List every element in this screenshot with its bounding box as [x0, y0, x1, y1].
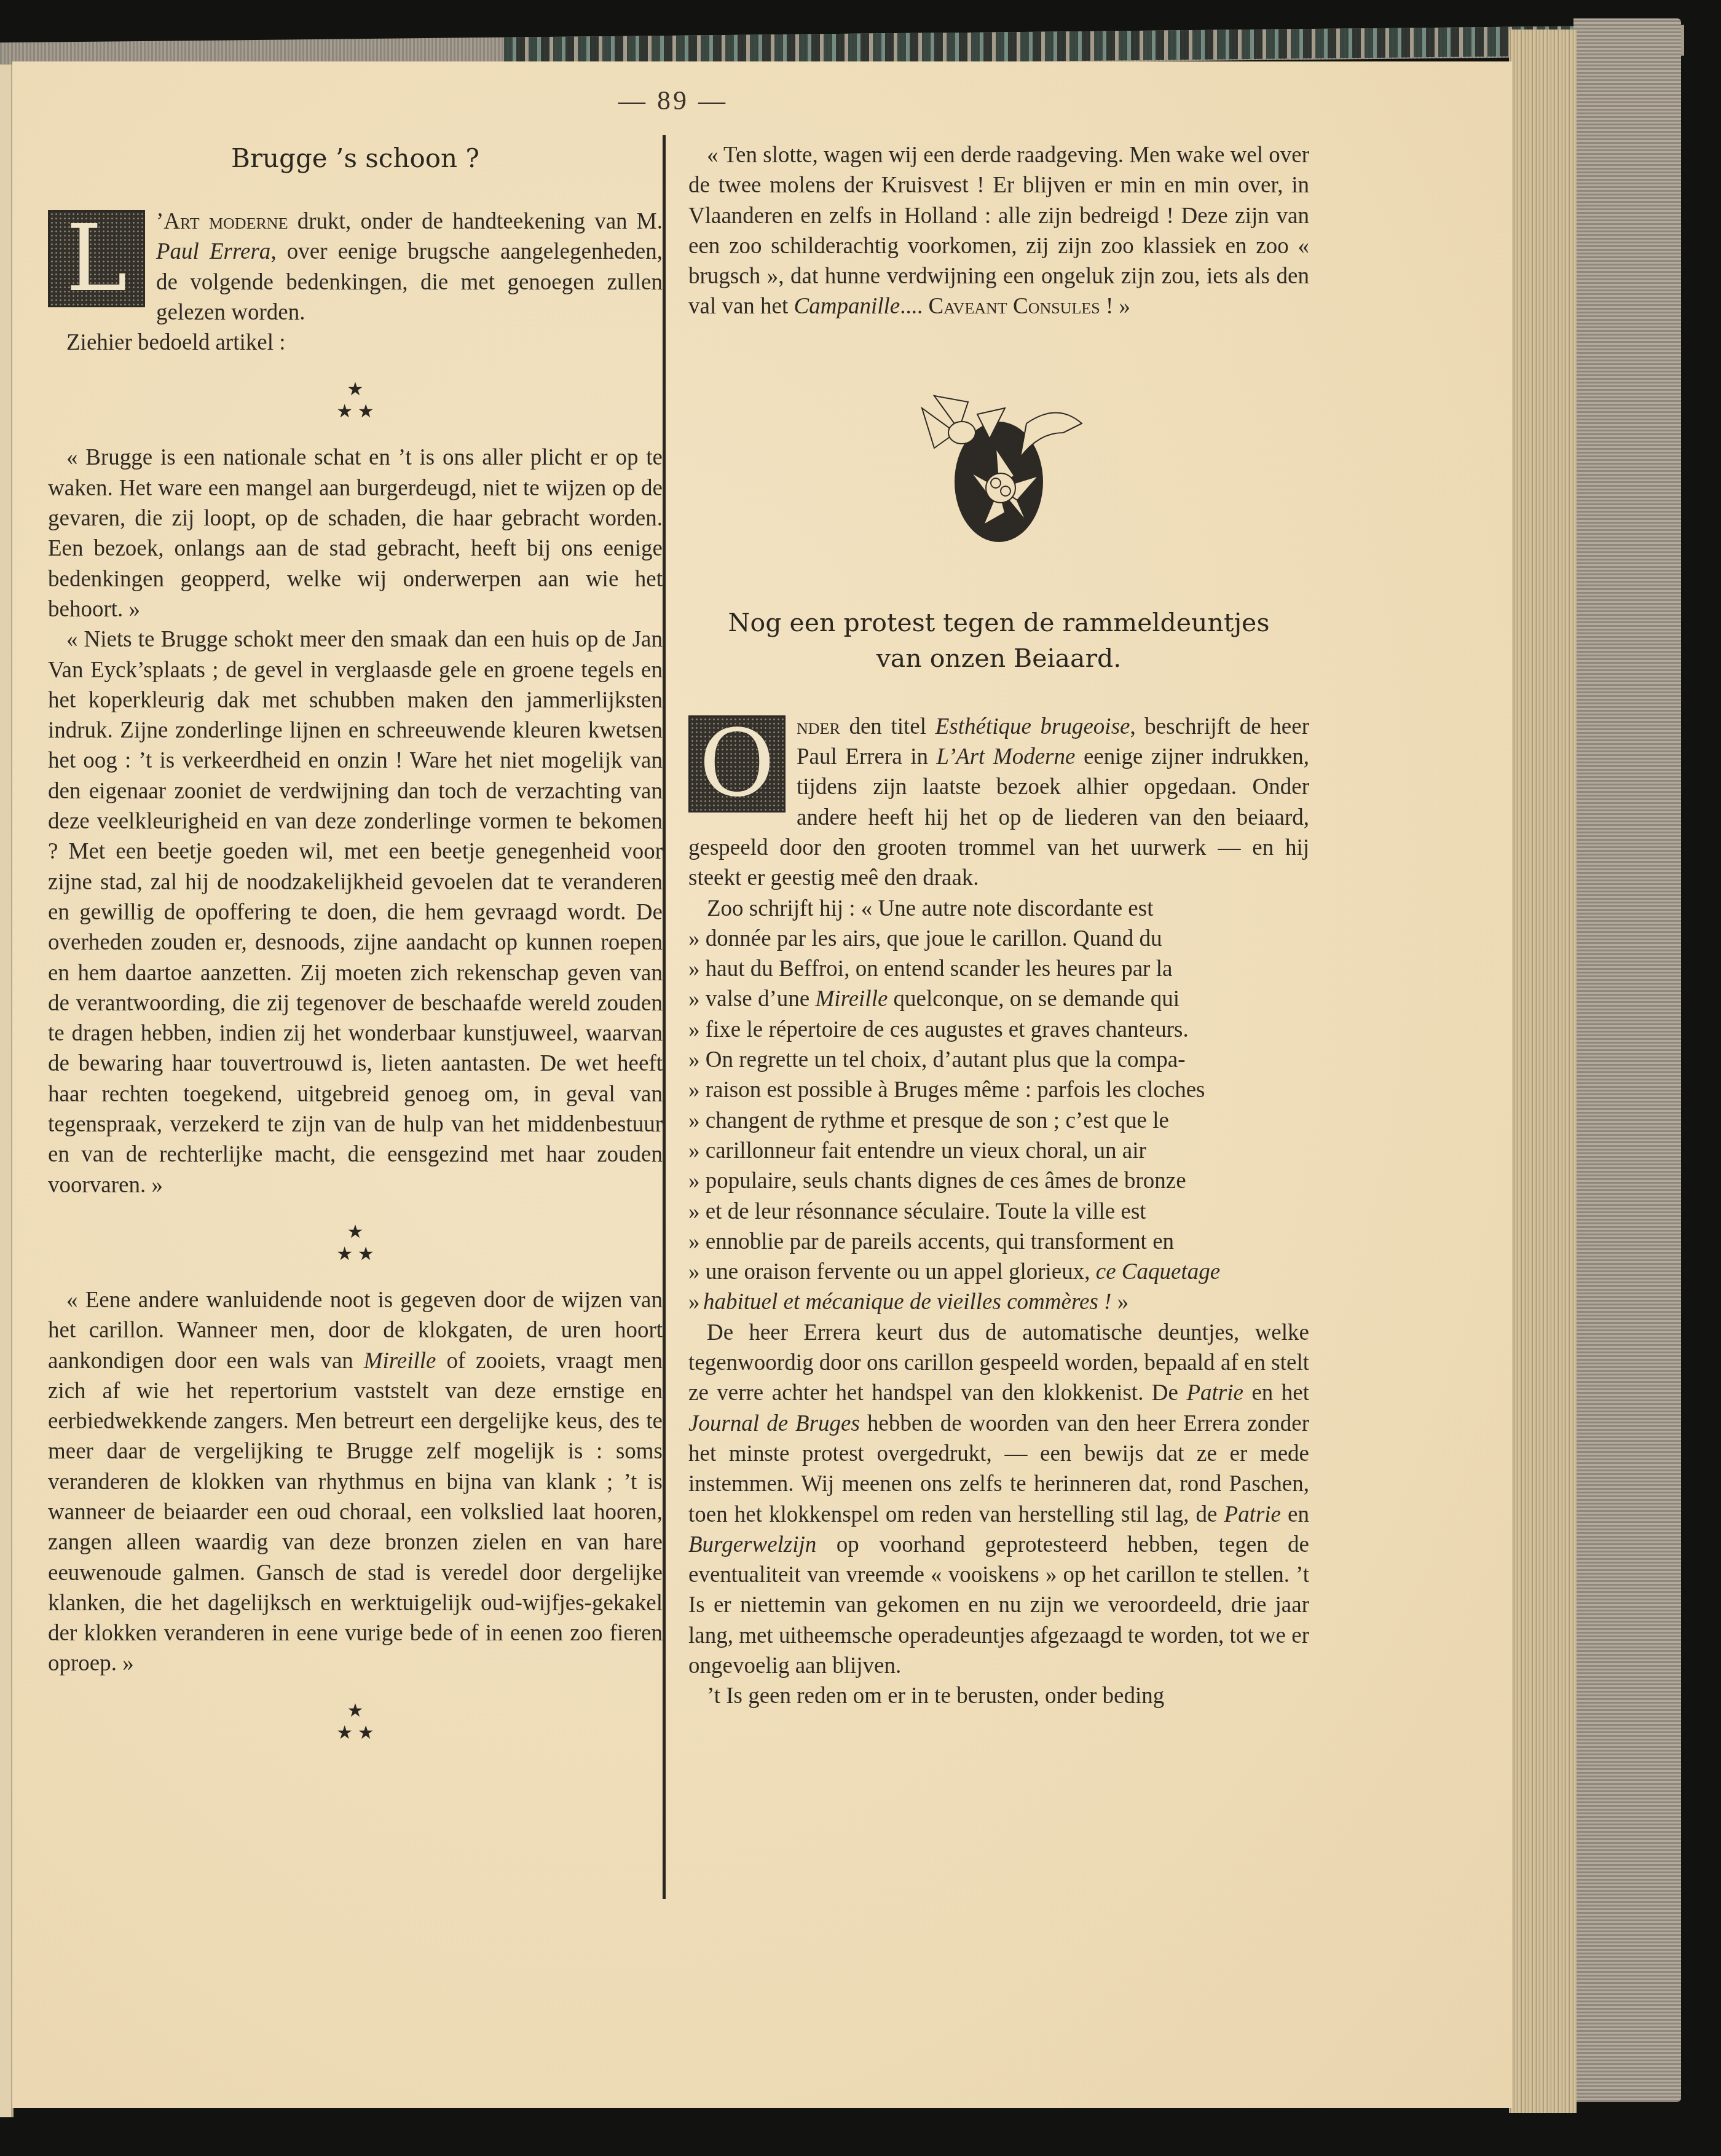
- book-page: — 89 — Brugge ’s schoon ? L ’Art moderne…: [12, 61, 1512, 2108]
- right-column: « Ten slotte, wagen wij een derde raadge…: [688, 140, 1309, 1712]
- quote-italic: habituel et mécanique de vieilles commèr…: [703, 1289, 1111, 1315]
- asterism-separator: ★ ★ ★: [48, 379, 663, 423]
- quote-line: » On regrette un tel choix, d’autant plu…: [688, 1045, 1309, 1075]
- publication-name: L’Art Moderne: [937, 744, 1076, 769]
- publication-name: ’Art moderne: [156, 209, 288, 234]
- page-number: — 89 —: [602, 85, 744, 116]
- quote-line: » raison est possible à Bruges même : pa…: [688, 1075, 1309, 1105]
- left-column: Brugge ’s schoon ? L ’Art moderne drukt,…: [48, 141, 663, 1764]
- quote-line: » fixe le répertoire de ces augustes et …: [688, 1015, 1309, 1045]
- paragraph-text: « Ten slotte, wagen wij een derde raadge…: [688, 143, 1309, 319]
- decorated-initial-L: L: [48, 210, 145, 307]
- opera-title: Mireille: [364, 1348, 436, 1374]
- paragraph-text: ....: [900, 294, 928, 319]
- marbled-cover: [504, 25, 1684, 67]
- quote-line: » ennoblie par de pareils accents, qui t…: [688, 1227, 1309, 1257]
- initial-letter-icon: O: [690, 717, 784, 811]
- book-cover-cloth-right: [1573, 18, 1681, 2102]
- newspaper-name: Patrie: [1224, 1502, 1281, 1527]
- quote-text: » une oraison fervente ou un appel glori…: [688, 1259, 1096, 1285]
- author-name: Paul Errera: [156, 239, 270, 264]
- quoted-paragraph: « Eene andere wanluidende noot is gegeve…: [48, 1285, 663, 1679]
- newspaper-name: Journal de Bruges: [688, 1411, 860, 1436]
- quote-line: » changent de rythme et presque de son ;…: [688, 1106, 1309, 1136]
- paragraph-text: of zooiets, vraagt men zich af wie het r…: [48, 1348, 663, 1677]
- edelweiss-ornament-icon: [897, 390, 1100, 543]
- quote-mark: »: [688, 1287, 703, 1317]
- star-icon: ★ ★: [48, 1722, 663, 1744]
- smallcaps-text: nder: [797, 714, 840, 739]
- decorated-initial-O: O: [688, 715, 786, 812]
- left-page-edge: [0, 65, 14, 2117]
- quoted-paragraph: « Niets te Brugge schokt meer den smaak …: [48, 624, 663, 1200]
- quote-line: » populaire, seuls chants dignes de ces …: [688, 1166, 1309, 1196]
- asterism-separator: ★ ★ ★: [48, 1700, 663, 1744]
- title-line: van onzen Beiaard.: [876, 643, 1122, 673]
- paragraph-text: en: [1281, 1502, 1309, 1527]
- italic-term: Campanille: [794, 294, 900, 319]
- quote-line: » une oraison fervente ou un appel glori…: [688, 1257, 1309, 1287]
- commentary-paragraph: De heer Errera keurt dus de automatische…: [688, 1318, 1309, 1682]
- title-line: Nog een protest tegen de rammeldeuntjes: [728, 608, 1270, 637]
- continued-quote: « Ten slotte, wagen wij een derde raadge…: [688, 140, 1309, 322]
- opera-title: Mireille: [816, 986, 888, 1012]
- star-icon: ★: [48, 1700, 663, 1722]
- newspaper-name: Patrie: [1186, 1380, 1243, 1406]
- paragraph-text: den titel: [840, 714, 935, 739]
- intro-paragraph: L ’Art moderne drukt, onder de handteeke…: [48, 207, 663, 328]
- french-quote-lead: Zoo schrijft hij : « Une autre note disc…: [688, 894, 1309, 924]
- quote-text: » valse d’une: [688, 986, 816, 1012]
- paragraph-text: ! »: [1100, 294, 1130, 319]
- article-title-ref: Esthétique brugeoise: [935, 714, 1130, 739]
- quote-line: »habituel et mécanique de vieilles commè…: [688, 1287, 1309, 1317]
- quote-italic: ce Caquetage: [1096, 1259, 1220, 1285]
- star-icon: ★: [48, 379, 663, 401]
- quote-text: quelconque, on se demande qui: [888, 986, 1179, 1012]
- paragraph-text: en het: [1243, 1380, 1309, 1406]
- intro-paragraph: O nder den titel Esthétique brugeoise, b…: [688, 712, 1309, 894]
- lead-in: Ziehier bedoeld artikel :: [48, 328, 663, 358]
- newspaper-name: Burgerwelzijn: [688, 1532, 816, 1557]
- asterism-separator: ★ ★ ★: [48, 1221, 663, 1265]
- star-icon: ★ ★: [48, 1243, 663, 1265]
- closing-line: ’t Is geen reden om er in te berusten, o…: [688, 1681, 1309, 1711]
- quote-line: » donnée par les airs, que joue le caril…: [688, 924, 1309, 954]
- quote-text: »: [1111, 1289, 1128, 1315]
- article-title-beiaard: Nog een protest tegen de rammeldeuntjes …: [688, 605, 1309, 676]
- quote-line: » et de leur résonnance séculaire. Toute…: [688, 1197, 1309, 1227]
- latin-phrase: Caveant Consules: [929, 294, 1100, 319]
- intro-text: drukt, onder de handteekening van M.: [288, 209, 663, 234]
- quote-line: » valse d’une Mireille quelconque, on se…: [688, 984, 1309, 1014]
- column-divider: [663, 135, 666, 1899]
- quoted-paragraph: « Brugge is een nationale schat en ’t is…: [48, 443, 663, 624]
- initial-letter-icon: L: [50, 212, 143, 305]
- article-title-brugge: Brugge ’s schoon ?: [48, 141, 663, 176]
- quote-line: » carillonneur fait entendre un vieux ch…: [688, 1136, 1309, 1166]
- quote-line: » haut du Beffroi, on entend scander les…: [688, 954, 1309, 984]
- star-icon: ★ ★: [48, 401, 663, 423]
- star-icon: ★: [48, 1221, 663, 1243]
- page-stack-edge: [1509, 30, 1577, 2113]
